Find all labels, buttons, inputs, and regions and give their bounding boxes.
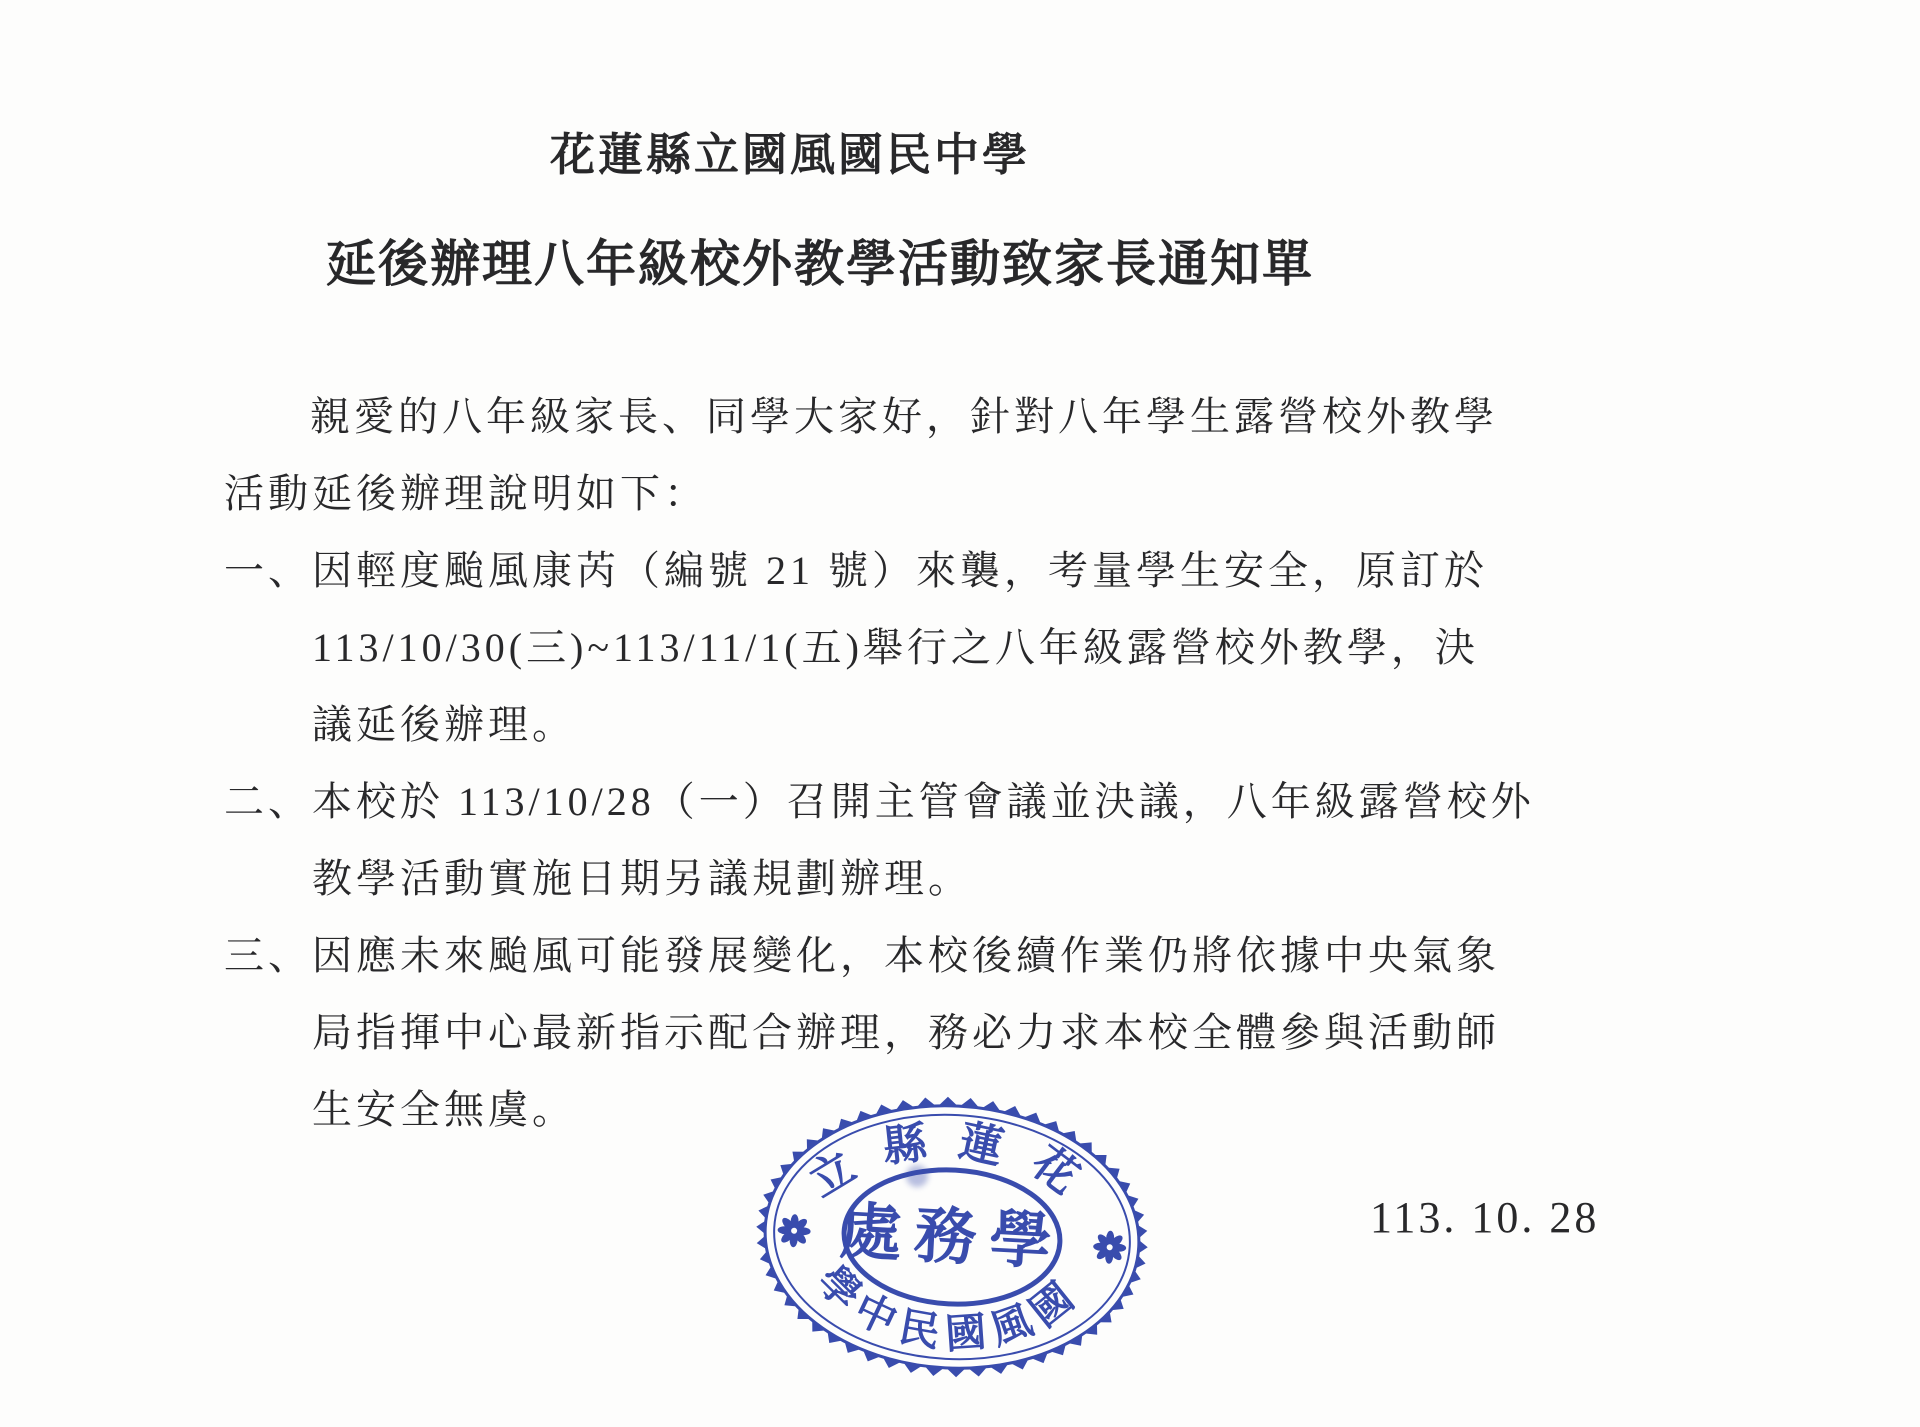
- notice-item-1: 一、 因輕度颱風康芮（編號 21 號）來襲，考量學生安全，原訂於 113/10/…: [224, 532, 1684, 763]
- notice-date: 113. 10. 28: [1370, 1192, 1599, 1243]
- notice-body: 親愛的八年級家長、同學大家好，針對八年學生露營校外教學 活動延後辦理說明如下： …: [224, 378, 1684, 1148]
- item-1-marker: 一、: [224, 532, 312, 609]
- school-seal-stamp: 立縣蓮花 學中民國風國 處務學: [724, 1061, 1181, 1414]
- notice-item-2: 二、 本校於 113/10/28（一）召開主管會議並決議，八年級露營校外 教學活…: [224, 763, 1684, 917]
- item-2-marker: 二、: [224, 763, 312, 840]
- notice-item-list: 一、 因輕度颱風康芮（編號 21 號）來襲，考量學生安全，原訂於 113/10/…: [224, 532, 1684, 1148]
- item-1-text: 因輕度颱風康芮（編號 21 號）來襲，考量學生安全，原訂於 113/10/30(…: [312, 532, 1488, 763]
- scanned-notice-page: 花蓮縣立國風國民中學 延後辦理八年級校外教學活動致家長通知單 親愛的八年級家長、…: [0, 0, 1920, 1427]
- item-2-text: 本校於 113/10/28（一）召開主管會議並決議，八年級露營校外 教學活動實施…: [312, 763, 1535, 917]
- notice-title: 延後辦理八年級校外教學活動致家長通知單: [0, 224, 1640, 296]
- stamp-center-text: 處務學: [838, 1197, 1066, 1278]
- intro-paragraph: 親愛的八年級家長、同學大家好，針對八年學生露營校外教學 活動延後辦理說明如下：: [224, 378, 1684, 532]
- item-3-marker: 三、: [224, 917, 312, 994]
- school-name-title: 花蓮縣立國風國民中學: [0, 118, 1580, 183]
